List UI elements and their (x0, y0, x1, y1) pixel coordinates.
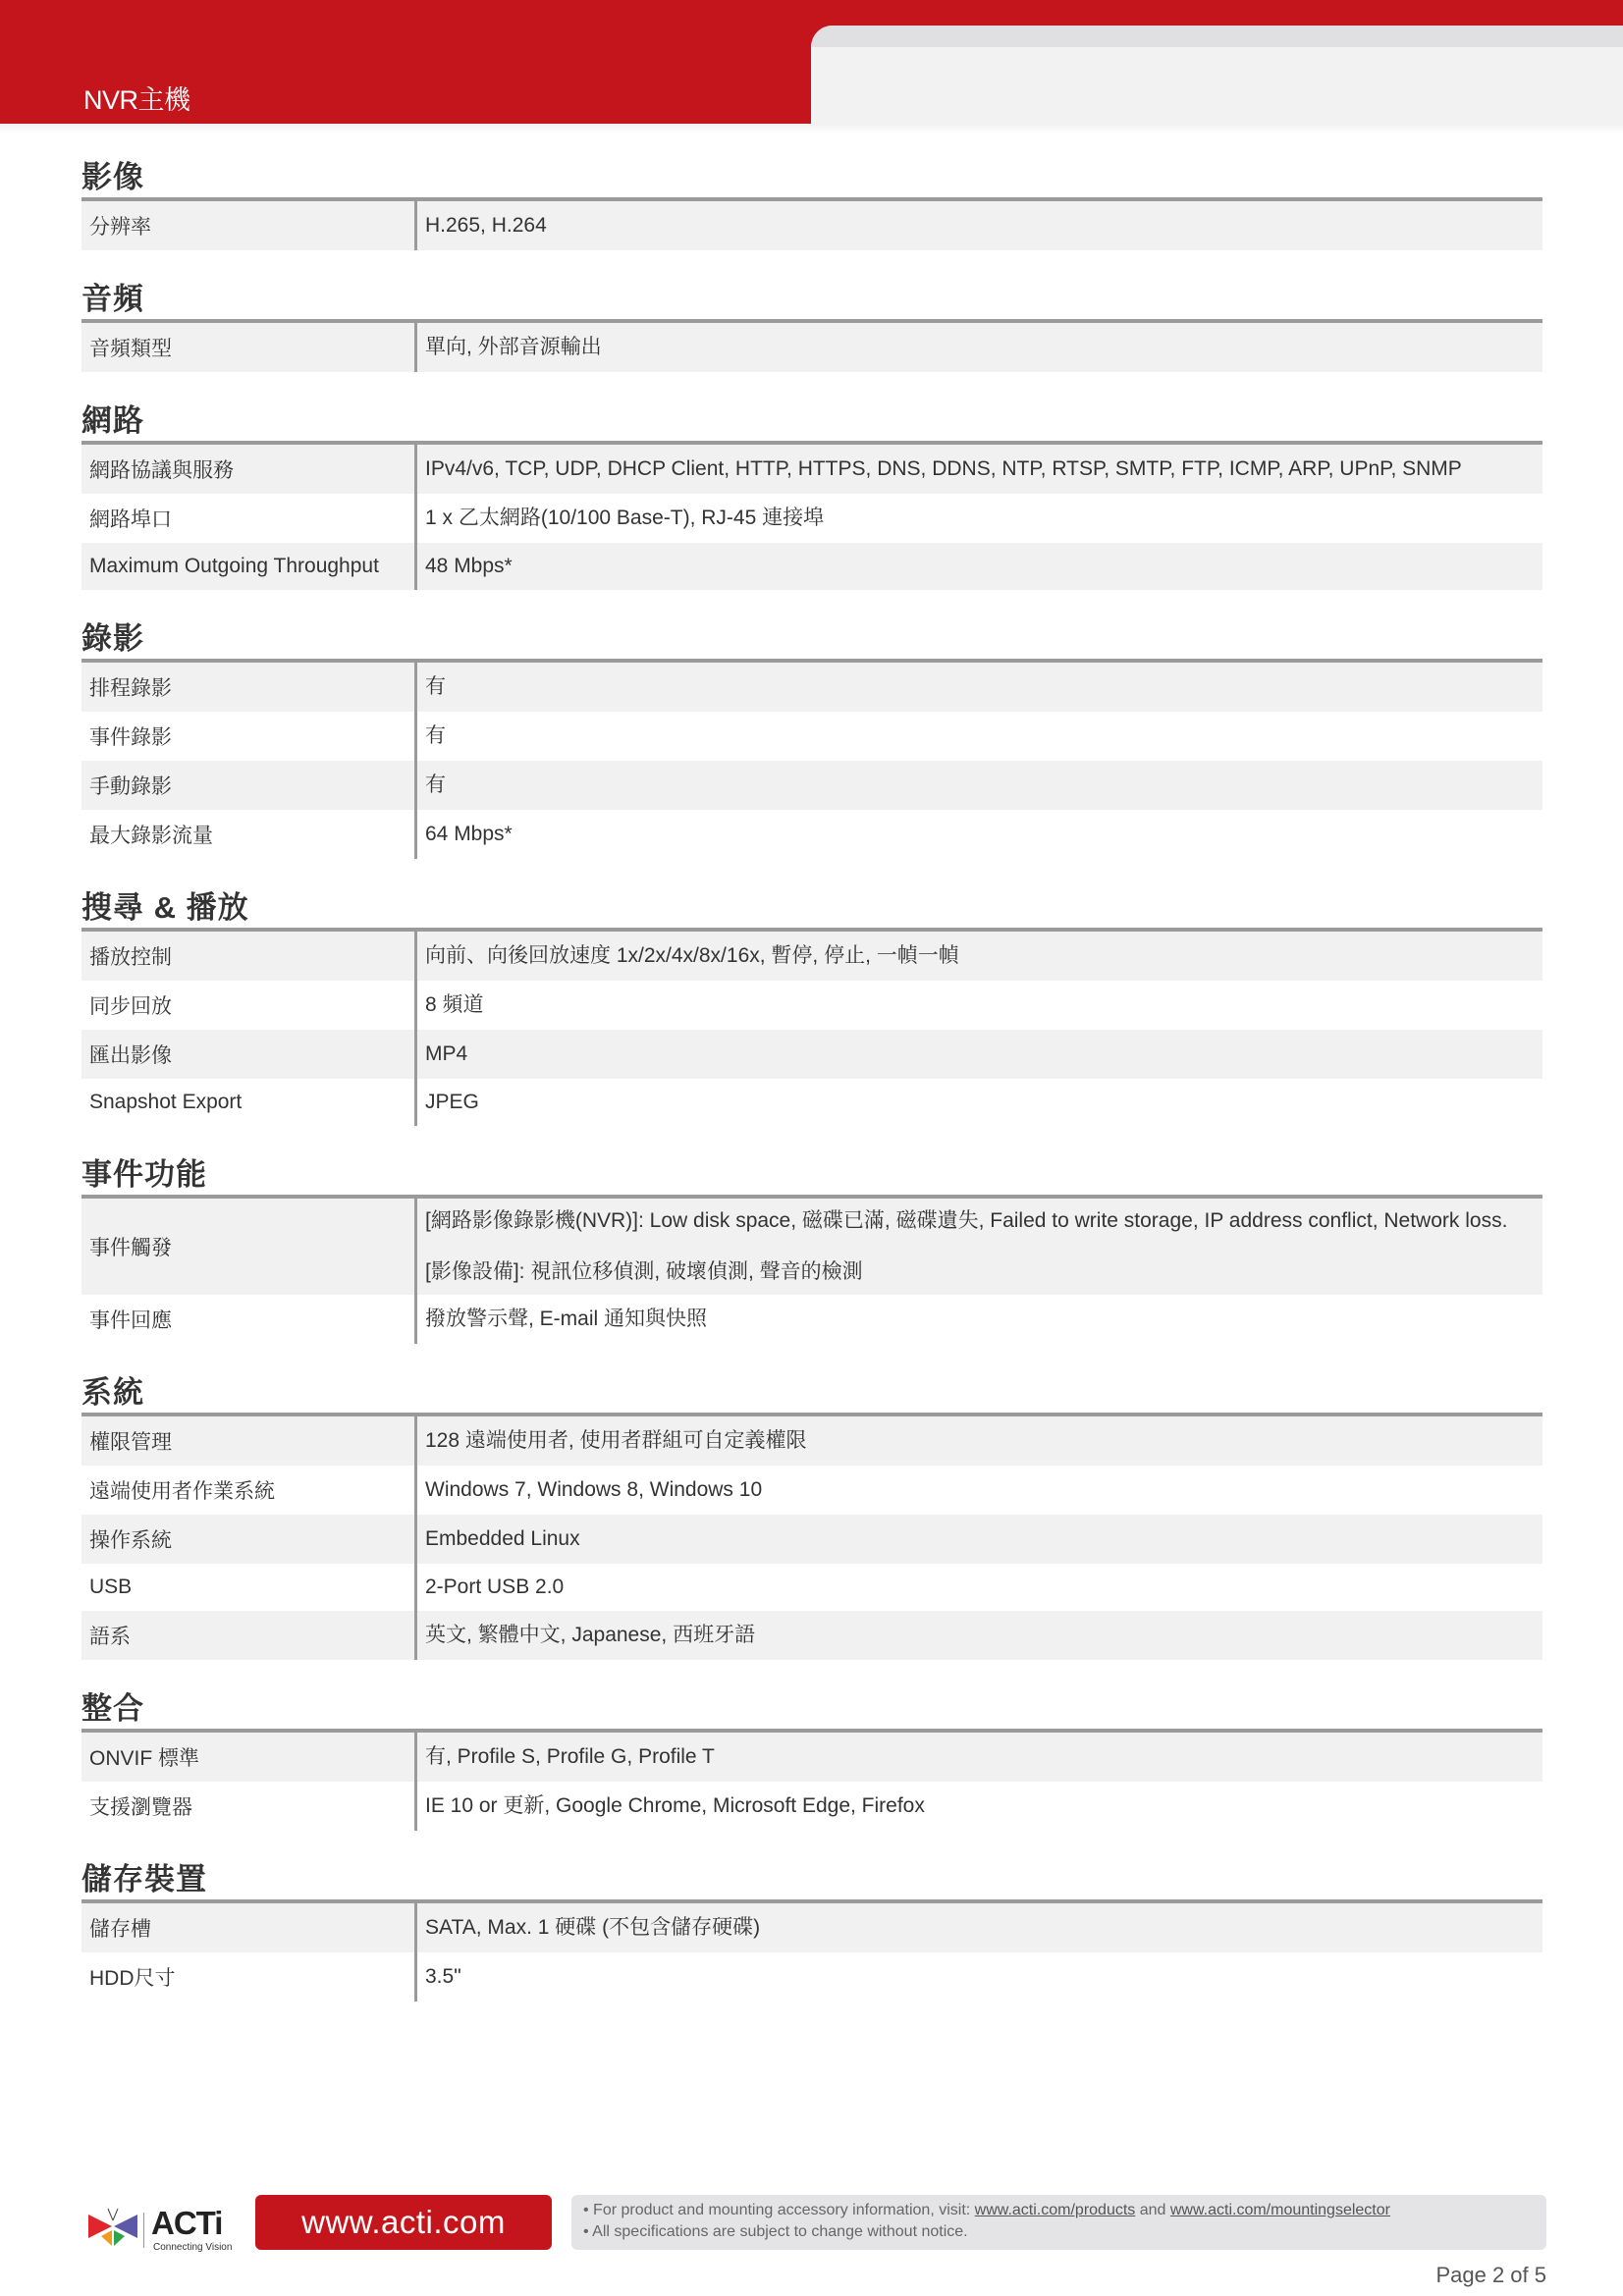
spec-label: 排程錄影 (81, 663, 417, 712)
spec-table: 權限管理128 遠端使用者, 使用者群組可自定義權限遠端使用者作業系統Windo… (81, 1413, 1542, 1660)
spec-label: 遠端使用者作業系統 (81, 1466, 417, 1515)
spec-label: USB (81, 1564, 417, 1611)
spec-section: 系統權限管理128 遠端使用者, 使用者群組可自定義權限遠端使用者作業系統Win… (81, 1372, 1542, 1660)
spec-label: 事件回應 (81, 1295, 417, 1344)
spec-label: 播放控制 (81, 932, 417, 981)
header-gray-tab-top (811, 26, 1623, 47)
spec-label: 支援瀏覽器 (81, 1782, 417, 1831)
note-text: and (1135, 2202, 1170, 2218)
logo-brand: ACTi (151, 2205, 222, 2242)
spec-value: 64 Mbps* (417, 810, 1542, 859)
spec-table: 分辨率H.265, H.264 (81, 197, 1542, 250)
spec-value: 128 遠端使用者, 使用者群組可自定義權限 (417, 1416, 1542, 1466)
spec-value-text: 64 Mbps* (425, 822, 1535, 847)
spec-value-text: 2-Port USB 2.0 (425, 1575, 1535, 1600)
spec-value: MP4 (417, 1030, 1542, 1079)
spec-value-text: JPEG (425, 1090, 1535, 1115)
spec-content: 影像分辨率H.265, H.264音頻音頻類型單向, 外部音源輸出網路網路協議與… (81, 157, 1542, 2002)
spec-row: 分辨率H.265, H.264 (81, 201, 1542, 250)
spec-label: 分辨率 (81, 201, 417, 250)
spec-value: 1 x 乙太網路(10/100 Base-T), RJ-45 連接埠 (417, 494, 1542, 543)
page-header: NVR主機 (0, 0, 1623, 124)
section-title: 事件功能 (81, 1154, 1542, 1195)
spec-row: 網路協議與服務IPv4/v6, TCP, UDP, DHCP Client, H… (81, 445, 1542, 494)
spec-row: 支援瀏覽器IE 10 or 更新, Google Chrome, Microso… (81, 1782, 1542, 1831)
spec-label: 手動錄影 (81, 761, 417, 810)
spec-row: 網路埠口1 x 乙太網路(10/100 Base-T), RJ-45 連接埠 (81, 494, 1542, 543)
spec-value-text: 單向, 外部音源輸出 (425, 335, 1535, 360)
section-gap (81, 859, 1542, 887)
spec-value: IE 10 or 更新, Google Chrome, Microsoft Ed… (417, 1782, 1542, 1831)
spec-value-text: 有 (425, 773, 1535, 798)
footer-notes: • For product and mounting accessory inf… (571, 2195, 1546, 2250)
spec-row: ONVIF 標準有, Profile S, Profile G, Profile… (81, 1733, 1542, 1782)
spec-table: 音頻類型單向, 外部音源輸出 (81, 319, 1542, 372)
spec-label: Maximum Outgoing Throughput (81, 543, 417, 590)
spec-value: Embedded Linux (417, 1515, 1542, 1564)
spec-value-text: 有 (425, 723, 1535, 749)
spec-table: 儲存槽SATA, Max. 1 硬碟 (不包含儲存硬碟)HDD尺寸3.5" (81, 1899, 1542, 2002)
spec-section: 整合ONVIF 標準有, Profile S, Profile G, Profi… (81, 1688, 1542, 1831)
section-title: 系統 (81, 1372, 1542, 1413)
spec-value-text: 128 遠端使用者, 使用者群組可自定義權限 (425, 1428, 1535, 1454)
spec-row: 最大錄影流量64 Mbps* (81, 810, 1542, 859)
document-title: NVR主機 (83, 79, 190, 117)
spec-row: 操作系統Embedded Linux (81, 1515, 1542, 1564)
spec-value-text: 有 (425, 674, 1535, 700)
spec-label: 事件觸發 (81, 1199, 417, 1295)
spec-row: 語系英文, 繁體中文, Japanese, 西班牙語 (81, 1611, 1542, 1660)
spec-row: 排程錄影有 (81, 663, 1542, 712)
spec-label: ONVIF 標準 (81, 1733, 417, 1782)
section-gap (81, 1660, 1542, 1688)
spec-row: 事件錄影有 (81, 712, 1542, 761)
spec-row: 同步回放8 頻道 (81, 981, 1542, 1030)
section-title: 錄影 (81, 618, 1542, 659)
acti-butterfly-icon (88, 2207, 137, 2252)
spec-table: ONVIF 標準有, Profile S, Profile G, Profile… (81, 1729, 1542, 1831)
note-text: • For product and mounting accessory inf… (583, 2202, 975, 2218)
spec-value-text: [影像設備]: 視訊位移偵測, 破壞偵測, 聲音的檢測 (425, 1259, 1535, 1285)
spec-value: 撥放警示聲, E-mail 通知與快照 (417, 1295, 1542, 1344)
spec-section: 網路網路協議與服務IPv4/v6, TCP, UDP, DHCP Client,… (81, 400, 1542, 590)
spec-row: 遠端使用者作業系統Windows 7, Windows 8, Windows 1… (81, 1466, 1542, 1515)
spec-label: 語系 (81, 1611, 417, 1660)
spec-row: 音頻類型單向, 外部音源輸出 (81, 323, 1542, 372)
section-title: 網路 (81, 400, 1542, 441)
spec-value-text: Windows 7, Windows 8, Windows 10 (425, 1477, 1535, 1503)
section-gap (81, 1344, 1542, 1372)
section-gap (81, 372, 1542, 400)
section-gap (81, 1831, 1542, 1859)
spec-value-text: 英文, 繁體中文, Japanese, 西班牙語 (425, 1623, 1535, 1648)
page-footer: ACTi Connecting Vision www.acti.com • Fo… (0, 2189, 1623, 2296)
acti-logo: ACTi Connecting Vision (88, 2203, 241, 2262)
mounting-selector-link[interactable]: www.acti.com/mountingselector (1170, 2202, 1390, 2218)
spec-value: [網路影像錄影機(NVR)]: Low disk space, 磁碟已滿, 磁碟… (417, 1199, 1542, 1295)
website-link[interactable]: www.acti.com (255, 2195, 552, 2250)
spec-value: 有, Profile S, Profile G, Profile T (417, 1733, 1542, 1782)
spec-label: 匯出影像 (81, 1030, 417, 1079)
spec-label: 最大錄影流量 (81, 810, 417, 859)
spec-value: 有 (417, 663, 1542, 712)
spec-value: 48 Mbps* (417, 543, 1542, 590)
page-number: Page 2 of 5 (1435, 2263, 1546, 2288)
spec-section: 儲存裝置儲存槽SATA, Max. 1 硬碟 (不包含儲存硬碟)HDD尺寸3.5… (81, 1859, 1542, 2002)
spec-label: Snapshot Export (81, 1079, 417, 1126)
spec-label: 網路協議與服務 (81, 445, 417, 494)
section-title: 儲存裝置 (81, 1859, 1542, 1899)
spec-section: 音頻音頻類型單向, 外部音源輸出 (81, 279, 1542, 372)
spec-label: 事件錄影 (81, 712, 417, 761)
section-title: 搜尋 & 播放 (81, 887, 1542, 928)
spec-row: 事件回應撥放警示聲, E-mail 通知與快照 (81, 1295, 1542, 1344)
spec-value: 向前、向後回放速度 1x/2x/4x/8x/16x, 暫停, 停止, 一幀一幀 (417, 932, 1542, 981)
spec-value-text: H.265, H.264 (425, 213, 1535, 239)
spec-value-text: 8 頻道 (425, 992, 1535, 1018)
spec-value-text: MP4 (425, 1041, 1535, 1067)
logo-tagline: Connecting Vision (153, 2242, 232, 2253)
spec-row: 儲存槽SATA, Max. 1 硬碟 (不包含儲存硬碟) (81, 1903, 1542, 1952)
spec-row: 權限管理128 遠端使用者, 使用者群組可自定義權限 (81, 1416, 1542, 1466)
spec-label: 音頻類型 (81, 323, 417, 372)
footer-note-2: • All specifications are subject to chan… (583, 2221, 1535, 2243)
spec-row: Snapshot ExportJPEG (81, 1079, 1542, 1126)
section-gap (81, 590, 1542, 618)
spec-row: 播放控制向前、向後回放速度 1x/2x/4x/8x/16x, 暫停, 停止, 一… (81, 932, 1542, 981)
spec-value-text: 48 Mbps* (425, 554, 1535, 579)
logo-divider (143, 2213, 144, 2248)
section-gap (81, 250, 1542, 279)
spec-value: H.265, H.264 (417, 201, 1542, 250)
spec-value-text: 3.5" (425, 1964, 1535, 1990)
spec-value: 8 頻道 (417, 981, 1542, 1030)
header-shadow (0, 124, 1623, 133)
spec-value: 2-Port USB 2.0 (417, 1564, 1542, 1611)
spec-table: 事件觸發[網路影像錄影機(NVR)]: Low disk space, 磁碟已滿… (81, 1195, 1542, 1344)
spec-row: USB2-Port USB 2.0 (81, 1564, 1542, 1611)
spec-label: HDD尺寸 (81, 1952, 417, 2002)
spec-value: 英文, 繁體中文, Japanese, 西班牙語 (417, 1611, 1542, 1660)
spec-section: 影像分辨率H.265, H.264 (81, 157, 1542, 250)
spec-value: JPEG (417, 1079, 1542, 1126)
spec-row: Maximum Outgoing Throughput48 Mbps* (81, 543, 1542, 590)
spec-table: 播放控制向前、向後回放速度 1x/2x/4x/8x/16x, 暫停, 停止, 一… (81, 928, 1542, 1126)
spec-label: 操作系統 (81, 1515, 417, 1564)
spec-table: 排程錄影有事件錄影有手動錄影有最大錄影流量64 Mbps* (81, 659, 1542, 859)
spec-label: 儲存槽 (81, 1903, 417, 1952)
section-title: 整合 (81, 1688, 1542, 1729)
products-link[interactable]: www.acti.com/products (975, 2202, 1136, 2218)
spec-value: 有 (417, 712, 1542, 761)
section-title: 音頻 (81, 279, 1542, 319)
spec-section: 事件功能事件觸發[網路影像錄影機(NVR)]: Low disk space, … (81, 1154, 1542, 1344)
spec-value-text: 向前、向後回放速度 1x/2x/4x/8x/16x, 暫停, 停止, 一幀一幀 (425, 943, 1535, 969)
spec-value: 3.5" (417, 1952, 1542, 2002)
spec-section: 錄影排程錄影有事件錄影有手動錄影有最大錄影流量64 Mbps* (81, 618, 1542, 859)
spec-value: 單向, 外部音源輸出 (417, 323, 1542, 372)
spec-value-text: IE 10 or 更新, Google Chrome, Microsoft Ed… (425, 1793, 1535, 1819)
spec-value: IPv4/v6, TCP, UDP, DHCP Client, HTTP, HT… (417, 445, 1542, 494)
section-gap (81, 1126, 1542, 1154)
spec-row: 事件觸發[網路影像錄影機(NVR)]: Low disk space, 磁碟已滿… (81, 1199, 1542, 1295)
spec-value-text: [網路影像錄影機(NVR)]: Low disk space, 磁碟已滿, 磁碟… (425, 1208, 1535, 1234)
spec-section: 搜尋 & 播放播放控制向前、向後回放速度 1x/2x/4x/8x/16x, 暫停… (81, 887, 1542, 1126)
spec-value-text: IPv4/v6, TCP, UDP, DHCP Client, HTTP, HT… (425, 456, 1535, 482)
spec-value: 有 (417, 761, 1542, 810)
spec-label: 同步回放 (81, 981, 417, 1030)
section-title: 影像 (81, 157, 1542, 197)
spec-label: 網路埠口 (81, 494, 417, 543)
footer-note-1: • For product and mounting accessory inf… (583, 2200, 1535, 2221)
spec-value-text: 撥放警示聲, E-mail 通知與快照 (425, 1307, 1535, 1332)
spec-value-text: SATA, Max. 1 硬碟 (不包含儲存硬碟) (425, 1915, 1535, 1941)
spec-value-text: 1 x 乙太網路(10/100 Base-T), RJ-45 連接埠 (425, 506, 1535, 531)
spec-value-text: 有, Profile S, Profile G, Profile T (425, 1744, 1535, 1770)
spec-table: 網路協議與服務IPv4/v6, TCP, UDP, DHCP Client, H… (81, 441, 1542, 590)
spec-row: 手動錄影有 (81, 761, 1542, 810)
spec-value: SATA, Max. 1 硬碟 (不包含儲存硬碟) (417, 1903, 1542, 1952)
spec-label: 權限管理 (81, 1416, 417, 1466)
spec-row: HDD尺寸3.5" (81, 1952, 1542, 2002)
spec-value-text: Embedded Linux (425, 1526, 1535, 1552)
spec-row: 匯出影像MP4 (81, 1030, 1542, 1079)
spec-value: Windows 7, Windows 8, Windows 10 (417, 1466, 1542, 1515)
